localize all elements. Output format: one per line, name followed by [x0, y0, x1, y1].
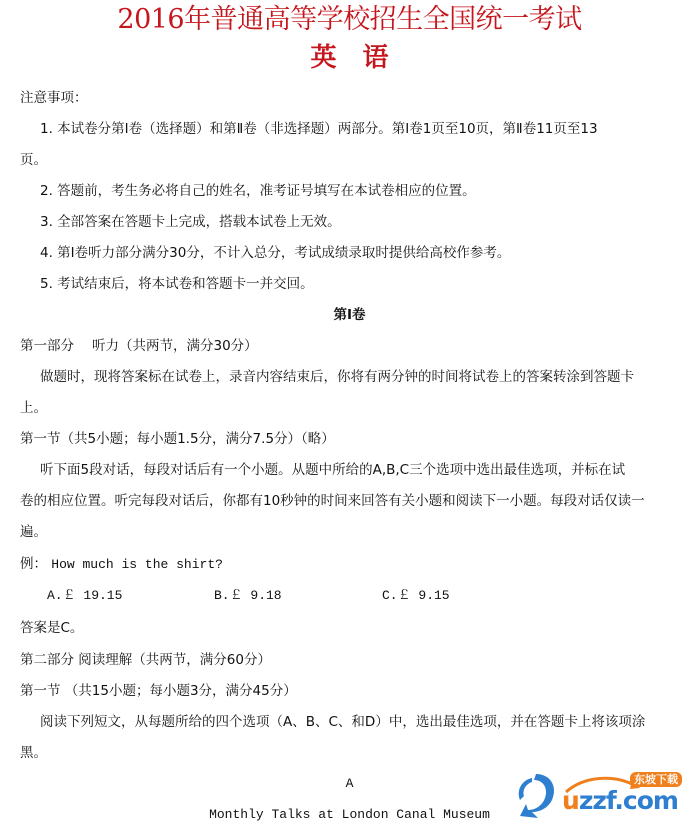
- notice-item-1: 1. 本试卷分第Ⅰ卷（选择题）和第Ⅱ卷（非选择题）两部分。第Ⅰ卷1页至10页，第…: [40, 120, 679, 138]
- watermark-text: uzzf.com: [562, 786, 678, 815]
- part2-instructions-cont: 黑。: [20, 744, 679, 762]
- section1-instructions-cont: 卷的相应位置。听完每段对话后，你都有10秒钟的时间来回答有关小题和阅读下一小题。…: [20, 492, 679, 510]
- part1-heading: 第一部分听力（共两节，满分30分）: [20, 337, 679, 355]
- example-option-a: A.￡ 19.15: [47, 587, 122, 605]
- exam-title: 2016年普通高等学校招生全国统一考试: [0, 4, 699, 36]
- subject-title: 英 语: [0, 42, 699, 74]
- part1-intro-cont: 上。: [20, 399, 679, 417]
- volume-heading: 第Ⅰ卷: [0, 306, 699, 324]
- section1-instructions-end: 遍。: [20, 523, 679, 541]
- part1-label: 第一部分: [20, 338, 74, 354]
- example-question-text: How much is the shirt?: [51, 557, 223, 572]
- notice-item-3: 3. 全部答案在答题卡上完成，搭载本试卷上无效。: [40, 213, 679, 231]
- part1-intro: 做题时，现将答案标在试卷上，录音内容结束后，你将有两分钟的时间将试卷上的答案转涂…: [40, 368, 679, 386]
- section1-heading: 第一节（共5小题；每小题1.5分，满分7.5分）（略）: [20, 430, 679, 448]
- part1-title: 听力（共两节，满分30分）: [92, 338, 258, 354]
- part2-section1-heading: 第一节 （共15小题；每小题3分，满分45分）: [20, 682, 679, 700]
- example-answer: 答案是C。: [20, 619, 679, 637]
- example-question: 例： How much is the shirt?: [20, 555, 679, 574]
- notice-item-1-cont: 页。: [20, 151, 679, 169]
- example-option-b: B.￡ 9.18: [214, 587, 282, 605]
- uzzf-watermark: 东坡下载 uzzf.com: [512, 768, 692, 820]
- notice-item-5: 5. 考试结束后，将本试卷和答题卡一并交回。: [40, 275, 679, 293]
- watermark-badge: 东坡下载: [630, 772, 682, 787]
- notice-item-4: 4. 第Ⅰ卷听力部分满分30分，不计入总分，考试成绩录取时提供给高校作参考。: [40, 244, 679, 262]
- uzzf-logo-icon: [512, 770, 560, 820]
- notice-heading: 注意事项：: [20, 89, 679, 107]
- notice-item-2: 2. 答题前，考生务必将自己的姓名，准考证号填写在本试卷相应的位置。: [40, 182, 679, 200]
- section1-instructions: 听下面5段对话，每段对话后有一个小题。从题中所给的A,B,C三个选项中选出最佳选…: [40, 461, 679, 479]
- part2-heading: 第二部分 阅读理解（共两节，满分60分）: [20, 651, 679, 669]
- part2-instructions: 阅读下列短文，从每题所给的四个选项（A、B、C、和D）中，选出最佳选项，并在答题…: [40, 713, 679, 731]
- example-label: 例：: [20, 556, 47, 572]
- example-option-c: C.￡ 9.15: [382, 587, 450, 605]
